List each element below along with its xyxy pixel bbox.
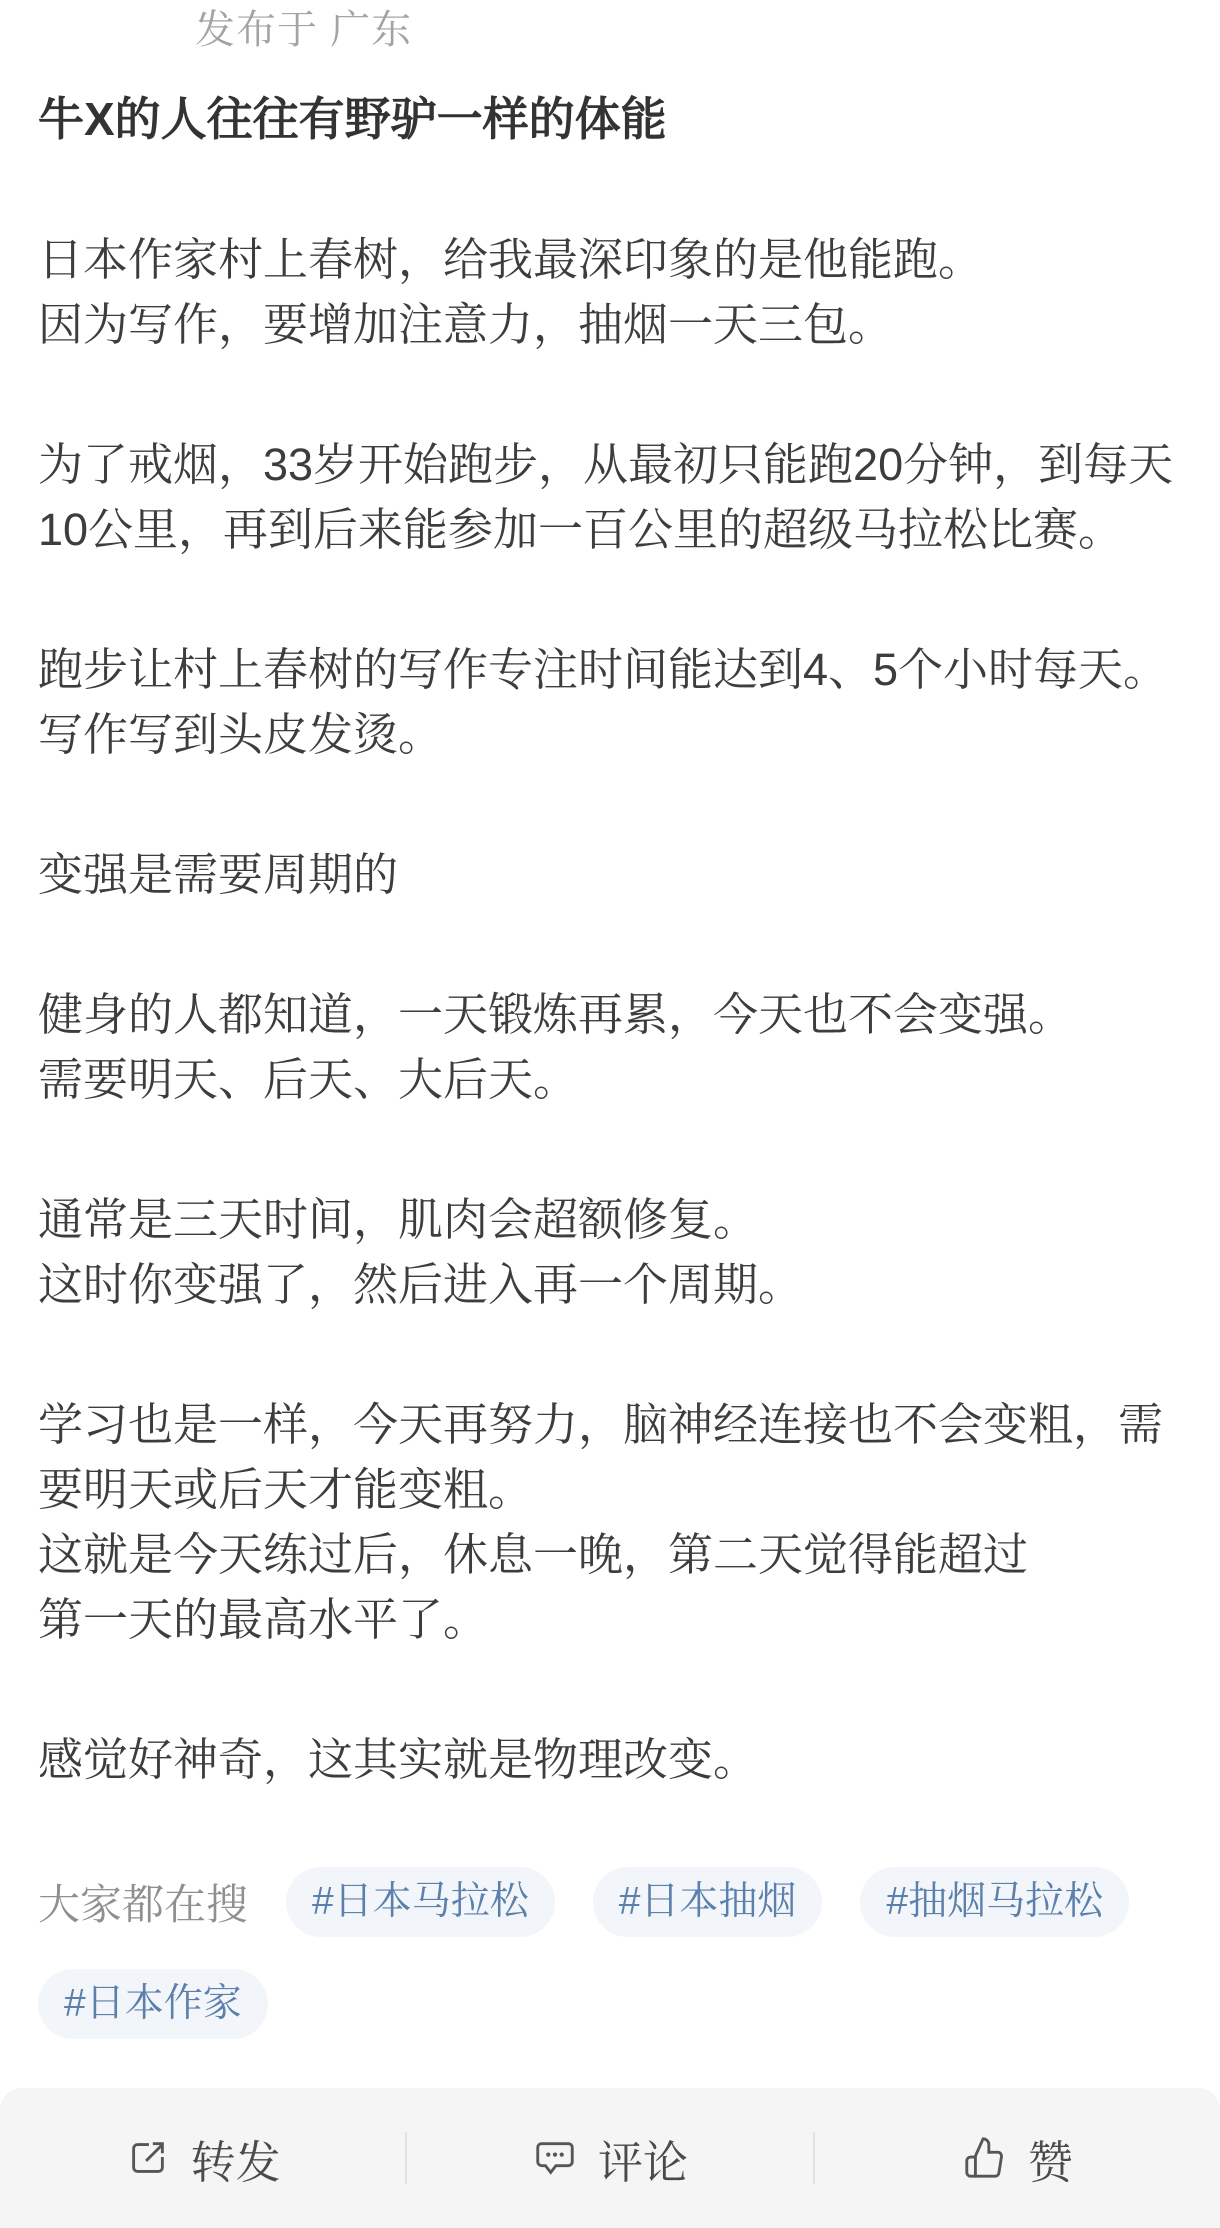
paragraph: 跑步让村上春树的写作专注时间能达到4、5个小时每天。 写作写到头皮发烫。 [38, 637, 1182, 767]
hashtag-chip-japan-smoking[interactable]: #日本抽烟 [593, 1867, 823, 1937]
paragraph-line: 这时你变强了，然后进入再一个周期。 [38, 1259, 803, 1310]
paragraph-line: 这就是今天练过后，休息一晚，第二天觉得能超过 [38, 1529, 1028, 1580]
paragraph: 健身的人都知道，一天锻炼再累，今天也不会变强。 需要明天、后天、大后天。 [38, 982, 1182, 1112]
paragraph: 变强是需要周期的 [38, 842, 1182, 907]
paragraph-line: 第一天的最高水平了。 [38, 1594, 488, 1645]
like-label: 赞 [1028, 2126, 1073, 2191]
paragraph-line: 写作写到头皮发烫。 [38, 709, 443, 760]
hashtag-chip-japan-marathon[interactable]: #日本马拉松 [286, 1867, 555, 1937]
published-location: 发布于 广东 [195, 6, 1182, 54]
paragraph-line: 变强是需要周期的 [38, 849, 398, 900]
hashtag-chip-japan-writer[interactable]: #日本作家 [38, 1969, 268, 2039]
post-body: 日本作家村上春树，给我最深印象的是他能跑。 因为写作，要增加注意力，抽烟一天三包… [38, 227, 1182, 1792]
paragraph: 为了戒烟，33岁开始跑步，从最初只能跑20分钟，到每天10公里，再到后来能参加一… [38, 432, 1182, 562]
paragraph-line: 为了戒烟，33岁开始跑步，从最初只能跑20分钟，到每天10公里，再到后来能参加一… [38, 439, 1173, 555]
paragraph-line: 感觉好神奇，这其实就是物理改变。 [38, 1734, 758, 1785]
paragraph-line: 日本作家村上春树，给我最深印象的是他能跑。 [38, 234, 983, 285]
thumbs-up-icon [962, 2135, 1008, 2181]
paragraph-line: 学习也是一样，今天再努力，脑神经连接也不会变粗，需要明天或后天才能变粗。 [38, 1399, 1163, 1515]
post-title: 牛X的人往往有野驴一样的体能 [38, 88, 1182, 150]
paragraph: 日本作家村上春树，给我最深印象的是他能跑。 因为写作，要增加注意力，抽烟一天三包… [38, 227, 1182, 357]
share-icon [125, 2135, 171, 2181]
hashtag-chip-smoking-marathon[interactable]: #抽烟马拉松 [860, 1867, 1129, 1937]
share-label: 转发 [191, 2126, 281, 2191]
comment-icon [532, 2135, 578, 2181]
trending-search-label: 大家都在搜 [38, 1872, 248, 1932]
comment-label: 评论 [598, 2126, 688, 2191]
paragraph-line: 需要明天、后天、大后天。 [38, 1054, 578, 1105]
trending-search-section: 大家都在搜 #日本马拉松 #日本抽烟 #抽烟马拉松 #日本作家 [38, 1867, 1182, 2039]
paragraph-line: 通常是三天时间，肌肉会超额修复。 [38, 1194, 758, 1245]
comment-button[interactable]: 评论 [407, 2088, 812, 2228]
post-screen: 发布于 广东 牛X的人往往有野驴一样的体能 日本作家村上春树，给我最深印象的是他… [0, 0, 1220, 2228]
share-button[interactable]: 转发 [0, 2088, 405, 2228]
post-content: 发布于 广东 牛X的人往往有野驴一样的体能 日本作家村上春树，给我最深印象的是他… [0, 0, 1220, 2145]
bottom-action-bar: 转发 评论 赞 [0, 2088, 1220, 2228]
paragraph: 学习也是一样，今天再努力，脑神经连接也不会变粗，需要明天或后天才能变粗。 这就是… [38, 1392, 1182, 1652]
like-button[interactable]: 赞 [815, 2088, 1220, 2228]
paragraph: 通常是三天时间，肌肉会超额修复。 这时你变强了，然后进入再一个周期。 [38, 1187, 1182, 1317]
paragraph-line: 健身的人都知道，一天锻炼再累，今天也不会变强。 [38, 989, 1073, 1040]
paragraph-line: 因为写作，要增加注意力，抽烟一天三包。 [38, 299, 893, 350]
paragraph-line: 跑步让村上春树的写作专注时间能达到4、5个小时每天。 [38, 644, 1168, 695]
paragraph: 感觉好神奇，这其实就是物理改变。 [38, 1727, 1182, 1792]
